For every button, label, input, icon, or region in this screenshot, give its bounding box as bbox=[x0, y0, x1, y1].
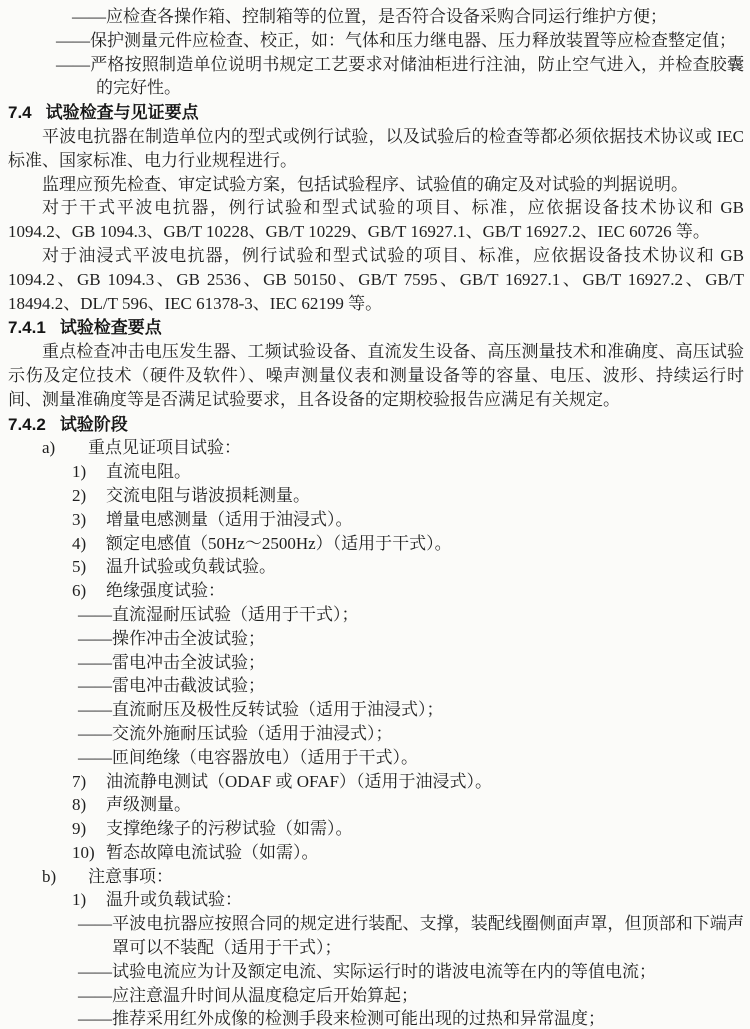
list-item-number: 7) bbox=[72, 770, 86, 794]
list-item: 8)声级测量。 bbox=[0, 793, 744, 817]
list-item-text: 声级测量。 bbox=[106, 795, 191, 814]
list-b-header: b)注意事项： bbox=[0, 865, 750, 889]
list-item-text: 额定电感值（50Hz～2500Hz）（适用于干式）。 bbox=[106, 534, 452, 553]
list-item: 1)温升或负载试验： bbox=[0, 888, 744, 912]
sub-dash-item: ——试验电流应为计及额定电流、实际运行时的谐波电流等在内的等值电流； bbox=[0, 960, 744, 984]
list-a-header: a)重点见证项目试验： bbox=[0, 436, 750, 460]
list-item-number: 6) bbox=[72, 579, 86, 603]
paragraph: 监理应预先检查、审定试验方案，包括试验程序、试验值的确定及对试验的判据说明。 bbox=[8, 173, 744, 197]
list-a-label: a) bbox=[42, 436, 55, 460]
list-b-title: 注意事项： bbox=[88, 867, 173, 886]
sub-dash-item: ——应注意温升时间从温度稳定后开始算起； bbox=[0, 984, 744, 1008]
list-item: 4)额定电感值（50Hz～2500Hz）（适用于干式）。 bbox=[0, 532, 744, 556]
intro-dash-item: ——应检查各操作箱、控制箱等的位置，是否符合设备采购合同运行维护方便； bbox=[0, 5, 744, 29]
section-title: 试验阶段 bbox=[60, 415, 128, 434]
list-item-text: 绝缘强度试验： bbox=[106, 581, 225, 600]
list-item-number: 1) bbox=[72, 460, 86, 484]
intro-dash-item: ——保护测量元件应检查、校正，如：气体和压力继电器、压力释放装置等应检查整定值； bbox=[0, 29, 744, 53]
list-item: 1)直流电阻。 bbox=[0, 460, 744, 484]
paragraph: 对于油浸式平波电抗器，例行试验和型式试验的项目、标准，应依据设备技术协议和 GB… bbox=[8, 244, 744, 315]
section-heading-7-4-2: 7.4.2试验阶段 bbox=[8, 413, 750, 437]
section-heading-7-4-1: 7.4.1试验检查要点 bbox=[8, 316, 750, 340]
sub-dash-item: ——交流外施耐压试验（适用于油浸式）； bbox=[0, 722, 744, 746]
list-item-text: 直流电阻。 bbox=[106, 462, 191, 481]
paragraph: 对于干式平波电抗器，例行试验和型式试验的项目、标准，应依据设备技术协议和 GB … bbox=[8, 196, 744, 244]
list-item: 2)交流电阻与谐波损耗测量。 bbox=[0, 484, 744, 508]
list-item: 9)支撑绝缘子的污秽试验（如需）。 bbox=[0, 817, 744, 841]
list-item: 10)暂态故障电流试验（如需）。 bbox=[0, 841, 744, 865]
list-item: 7)油流静电测试（ODAF 或 OFAF）（适用于油浸式）。 bbox=[0, 770, 744, 794]
list-a-title: 重点见证项目试验： bbox=[88, 438, 241, 457]
section-number: 7.4.2 bbox=[8, 415, 46, 434]
list-item-text: 油流静电测试（ODAF 或 OFAF）（适用于油浸式）。 bbox=[106, 772, 492, 791]
paragraph: 重点检查冲击电压发生器、工频试验设备、直流发生设备、高压测量技术和准确度、高压试… bbox=[8, 340, 744, 411]
list-item-number: 3) bbox=[72, 508, 86, 532]
section-title: 试验检查要点 bbox=[60, 318, 162, 337]
list-item-text: 温升或负载试验： bbox=[106, 890, 242, 909]
list-b-label: b) bbox=[42, 865, 56, 889]
list-item-text: 支撑绝缘子的污秽试验（如需）。 bbox=[106, 819, 353, 838]
sub-dash-item: ——直流湿耐压试验（适用于干式）； bbox=[0, 603, 744, 627]
list-item-text: 暂态故障电流试验（如需）。 bbox=[106, 843, 319, 862]
list-item-number: 2) bbox=[72, 484, 86, 508]
list-item-number: 4) bbox=[72, 532, 86, 556]
section-title: 试验检查与见证要点 bbox=[46, 103, 199, 122]
list-item: 6)绝缘强度试验： bbox=[0, 579, 744, 603]
list-item-text: 温升试验或负载试验。 bbox=[106, 557, 276, 576]
list-item-number: 10) bbox=[72, 841, 95, 865]
list-item-text: 交流电阻与谐波损耗测量。 bbox=[106, 486, 310, 505]
sub-dash-item: ——雷电冲击全波试验； bbox=[0, 651, 744, 675]
section-number: 7.4.1 bbox=[8, 318, 46, 337]
sub-dash-item: ——推荐采用红外成像的检测手段来检测可能出现的过热和异常温度； bbox=[0, 1007, 744, 1029]
section-heading-7-4: 7.4试验检查与见证要点 bbox=[8, 101, 750, 125]
sub-dash-item: ——操作冲击全波试验； bbox=[0, 627, 744, 651]
sub-dash-item: ——直流耐压及极性反转试验（适用于油浸式）； bbox=[0, 698, 744, 722]
list-item-text: 增量电感测量（适用于油浸式）。 bbox=[106, 510, 353, 529]
document-page: ——应检查各操作箱、控制箱等的位置，是否符合设备采购合同运行维护方便； ——保护… bbox=[0, 0, 750, 1029]
sub-dash-item: ——平波电抗器应按照合同的规定进行装配、支撑，装配线圈侧面声罩，但顶部和下端声罩… bbox=[0, 912, 744, 960]
list-item-number: 1) bbox=[72, 888, 86, 912]
list-item: 3)增量电感测量（适用于油浸式）。 bbox=[0, 508, 744, 532]
sub-dash-item: ——匝间绝缘（电容器放电）（适用于干式）。 bbox=[0, 746, 744, 770]
list-item-number: 5) bbox=[72, 555, 86, 579]
paragraph: 平波电抗器在制造单位内的型式或例行试验，以及试验后的检查等都必须依据技术协议或 … bbox=[8, 125, 744, 173]
list-item: 5)温升试验或负载试验。 bbox=[0, 555, 744, 579]
sub-dash-item: ——雷电冲击截波试验； bbox=[0, 674, 744, 698]
section-number: 7.4 bbox=[8, 103, 32, 122]
list-item-number: 9) bbox=[72, 817, 86, 841]
intro-dash-item: ——严格按照制造单位说明书规定工艺要求对储油柜进行注油，防止空气进入，并检查胶囊… bbox=[0, 53, 744, 101]
list-item-number: 8) bbox=[72, 793, 86, 817]
